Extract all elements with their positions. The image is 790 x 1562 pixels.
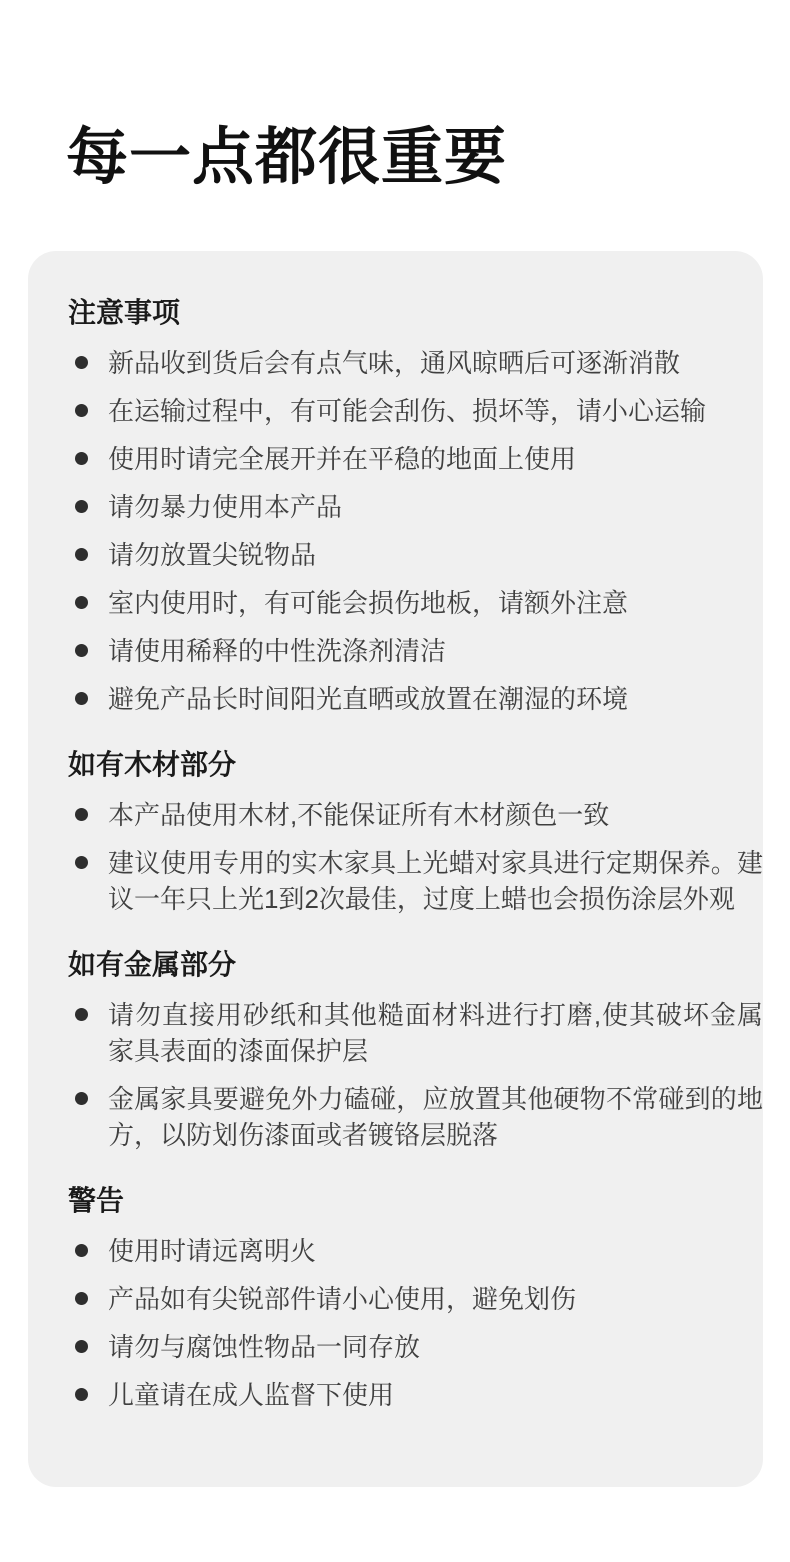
bullet-gutter xyxy=(68,633,108,657)
list-item: 请勿直接用砂纸和其他糙面材料进行打磨,使其破坏金属家具表面的漆面保护层 xyxy=(68,997,763,1069)
section-list: 请勿直接用砂纸和其他糙面材料进行打磨,使其破坏金属家具表面的漆面保护层 金属家具… xyxy=(68,997,763,1153)
bullet-dot-icon xyxy=(75,1340,88,1353)
notice-card: 注意事项 新品收到货后会有点气味，通风晾晒后可逐渐消散 在运输过程中，有可能会刮… xyxy=(28,251,763,1487)
list-item-text: 使用时请完全展开并在平稳的地面上使用 xyxy=(108,441,763,477)
page: { "page": { "title": "每一点都很重要", "colors"… xyxy=(0,0,790,1562)
list-item-text: 请勿与腐蚀性物品一同存放 xyxy=(108,1329,763,1365)
list-item-text: 儿童请在成人监督下使用 xyxy=(108,1377,763,1413)
list-item-text: 本产品使用木材,不能保证所有木材颜色一致 xyxy=(108,797,763,833)
bullet-gutter xyxy=(68,441,108,465)
bullet-dot-icon xyxy=(75,500,88,513)
bullet-gutter xyxy=(68,1081,108,1105)
list-item: 室内使用时，有可能会损伤地板，请额外注意 xyxy=(68,585,763,621)
bullet-dot-icon xyxy=(75,808,88,821)
notice-section: 注意事项 新品收到货后会有点气味，通风晾晒后可逐渐消散 在运输过程中，有可能会刮… xyxy=(68,295,763,717)
section-list: 本产品使用木材,不能保证所有木材颜色一致 建议使用专用的实木家具上光蜡对家具进行… xyxy=(68,797,763,917)
list-item: 儿童请在成人监督下使用 xyxy=(68,1377,763,1413)
bullet-dot-icon xyxy=(75,692,88,705)
list-item-text: 避免产品长时间阳光直晒或放置在潮湿的环境 xyxy=(108,681,763,717)
list-item: 使用时请远离明火 xyxy=(68,1233,763,1269)
bullet-dot-icon xyxy=(75,1292,88,1305)
bullet-gutter xyxy=(68,845,108,869)
section-heading: 如有木材部分 xyxy=(68,747,763,783)
list-item-text: 建议使用专用的实木家具上光蜡对家具进行定期保养。建议一年只上光1到2次最佳，过度… xyxy=(108,845,763,917)
sections: 注意事项 新品收到货后会有点气味，通风晾晒后可逐渐消散 在运输过程中，有可能会刮… xyxy=(68,295,763,1413)
bullet-dot-icon xyxy=(75,596,88,609)
bullet-dot-icon xyxy=(75,1244,88,1257)
bullet-gutter xyxy=(68,345,108,369)
list-item: 金属家具要避免外力磕碰，应放置其他硬物不常碰到的地方，以防划伤漆面或者镀铬层脱落 xyxy=(68,1081,763,1153)
bullet-dot-icon xyxy=(75,644,88,657)
list-item: 产品如有尖锐部件请小心使用，避免划伤 xyxy=(68,1281,763,1317)
section-heading: 如有金属部分 xyxy=(68,947,763,983)
list-item: 请勿放置尖锐物品 xyxy=(68,537,763,573)
bullet-gutter xyxy=(68,489,108,513)
list-item: 使用时请完全展开并在平稳的地面上使用 xyxy=(68,441,763,477)
list-item-text: 室内使用时，有可能会损伤地板，请额外注意 xyxy=(108,585,763,621)
bullet-gutter xyxy=(68,585,108,609)
list-item: 建议使用专用的实木家具上光蜡对家具进行定期保养。建议一年只上光1到2次最佳，过度… xyxy=(68,845,763,917)
list-item: 在运输过程中，有可能会刮伤、损坏等，请小心运输 xyxy=(68,393,763,429)
list-item-text: 请勿暴力使用本产品 xyxy=(108,489,763,525)
bullet-dot-icon xyxy=(75,1092,88,1105)
bullet-dot-icon xyxy=(75,548,88,561)
bullet-gutter xyxy=(68,681,108,705)
bullet-gutter xyxy=(68,997,108,1021)
list-item: 请勿与腐蚀性物品一同存放 xyxy=(68,1329,763,1365)
list-item: 避免产品长时间阳光直晒或放置在潮湿的环境 xyxy=(68,681,763,717)
list-item: 新品收到货后会有点气味，通风晾晒后可逐渐消散 xyxy=(68,345,763,381)
list-item-text: 新品收到货后会有点气味，通风晾晒后可逐渐消散 xyxy=(108,345,763,381)
section-list: 使用时请远离明火 产品如有尖锐部件请小心使用，避免划伤 请勿与腐蚀性物品一同存放… xyxy=(68,1233,763,1413)
list-item: 请勿暴力使用本产品 xyxy=(68,489,763,525)
list-item-text: 产品如有尖锐部件请小心使用，避免划伤 xyxy=(108,1281,763,1317)
list-item: 本产品使用木材,不能保证所有木材颜色一致 xyxy=(68,797,763,833)
section-list: 新品收到货后会有点气味，通风晾晒后可逐渐消散 在运输过程中，有可能会刮伤、损坏等… xyxy=(68,345,763,717)
list-item-text: 请勿放置尖锐物品 xyxy=(108,537,763,573)
bullet-gutter xyxy=(68,1281,108,1305)
bullet-dot-icon xyxy=(75,856,88,869)
list-item-text: 请勿直接用砂纸和其他糙面材料进行打磨,使其破坏金属家具表面的漆面保护层 xyxy=(108,997,763,1069)
bullet-dot-icon xyxy=(75,356,88,369)
bullet-gutter xyxy=(68,1329,108,1353)
section-heading: 警告 xyxy=(68,1183,763,1219)
section-heading: 注意事项 xyxy=(68,295,763,331)
bullet-dot-icon xyxy=(75,1388,88,1401)
bullet-dot-icon xyxy=(75,404,88,417)
list-item-text: 金属家具要避免外力磕碰，应放置其他硬物不常碰到的地方，以防划伤漆面或者镀铬层脱落 xyxy=(108,1081,763,1153)
notice-section: 如有木材部分 本产品使用木材,不能保证所有木材颜色一致 建议使用专用的实木家具上… xyxy=(68,747,763,917)
notice-section: 警告 使用时请远离明火 产品如有尖锐部件请小心使用，避免划伤 请勿与腐蚀性物品一… xyxy=(68,1183,763,1413)
bullet-gutter xyxy=(68,1377,108,1401)
bullet-gutter xyxy=(68,797,108,821)
page-title: 每一点都很重要 xyxy=(66,122,790,193)
list-item-text: 在运输过程中，有可能会刮伤、损坏等，请小心运输 xyxy=(108,393,763,429)
bullet-gutter xyxy=(68,537,108,561)
bullet-dot-icon xyxy=(75,1008,88,1021)
bullet-dot-icon xyxy=(75,452,88,465)
list-item-text: 使用时请远离明火 xyxy=(108,1233,763,1269)
notice-section: 如有金属部分 请勿直接用砂纸和其他糙面材料进行打磨,使其破坏金属家具表面的漆面保… xyxy=(68,947,763,1153)
list-item-text: 请使用稀释的中性洗涤剂清洁 xyxy=(108,633,763,669)
bullet-gutter xyxy=(68,1233,108,1257)
bullet-gutter xyxy=(68,393,108,417)
list-item: 请使用稀释的中性洗涤剂清洁 xyxy=(68,633,763,669)
